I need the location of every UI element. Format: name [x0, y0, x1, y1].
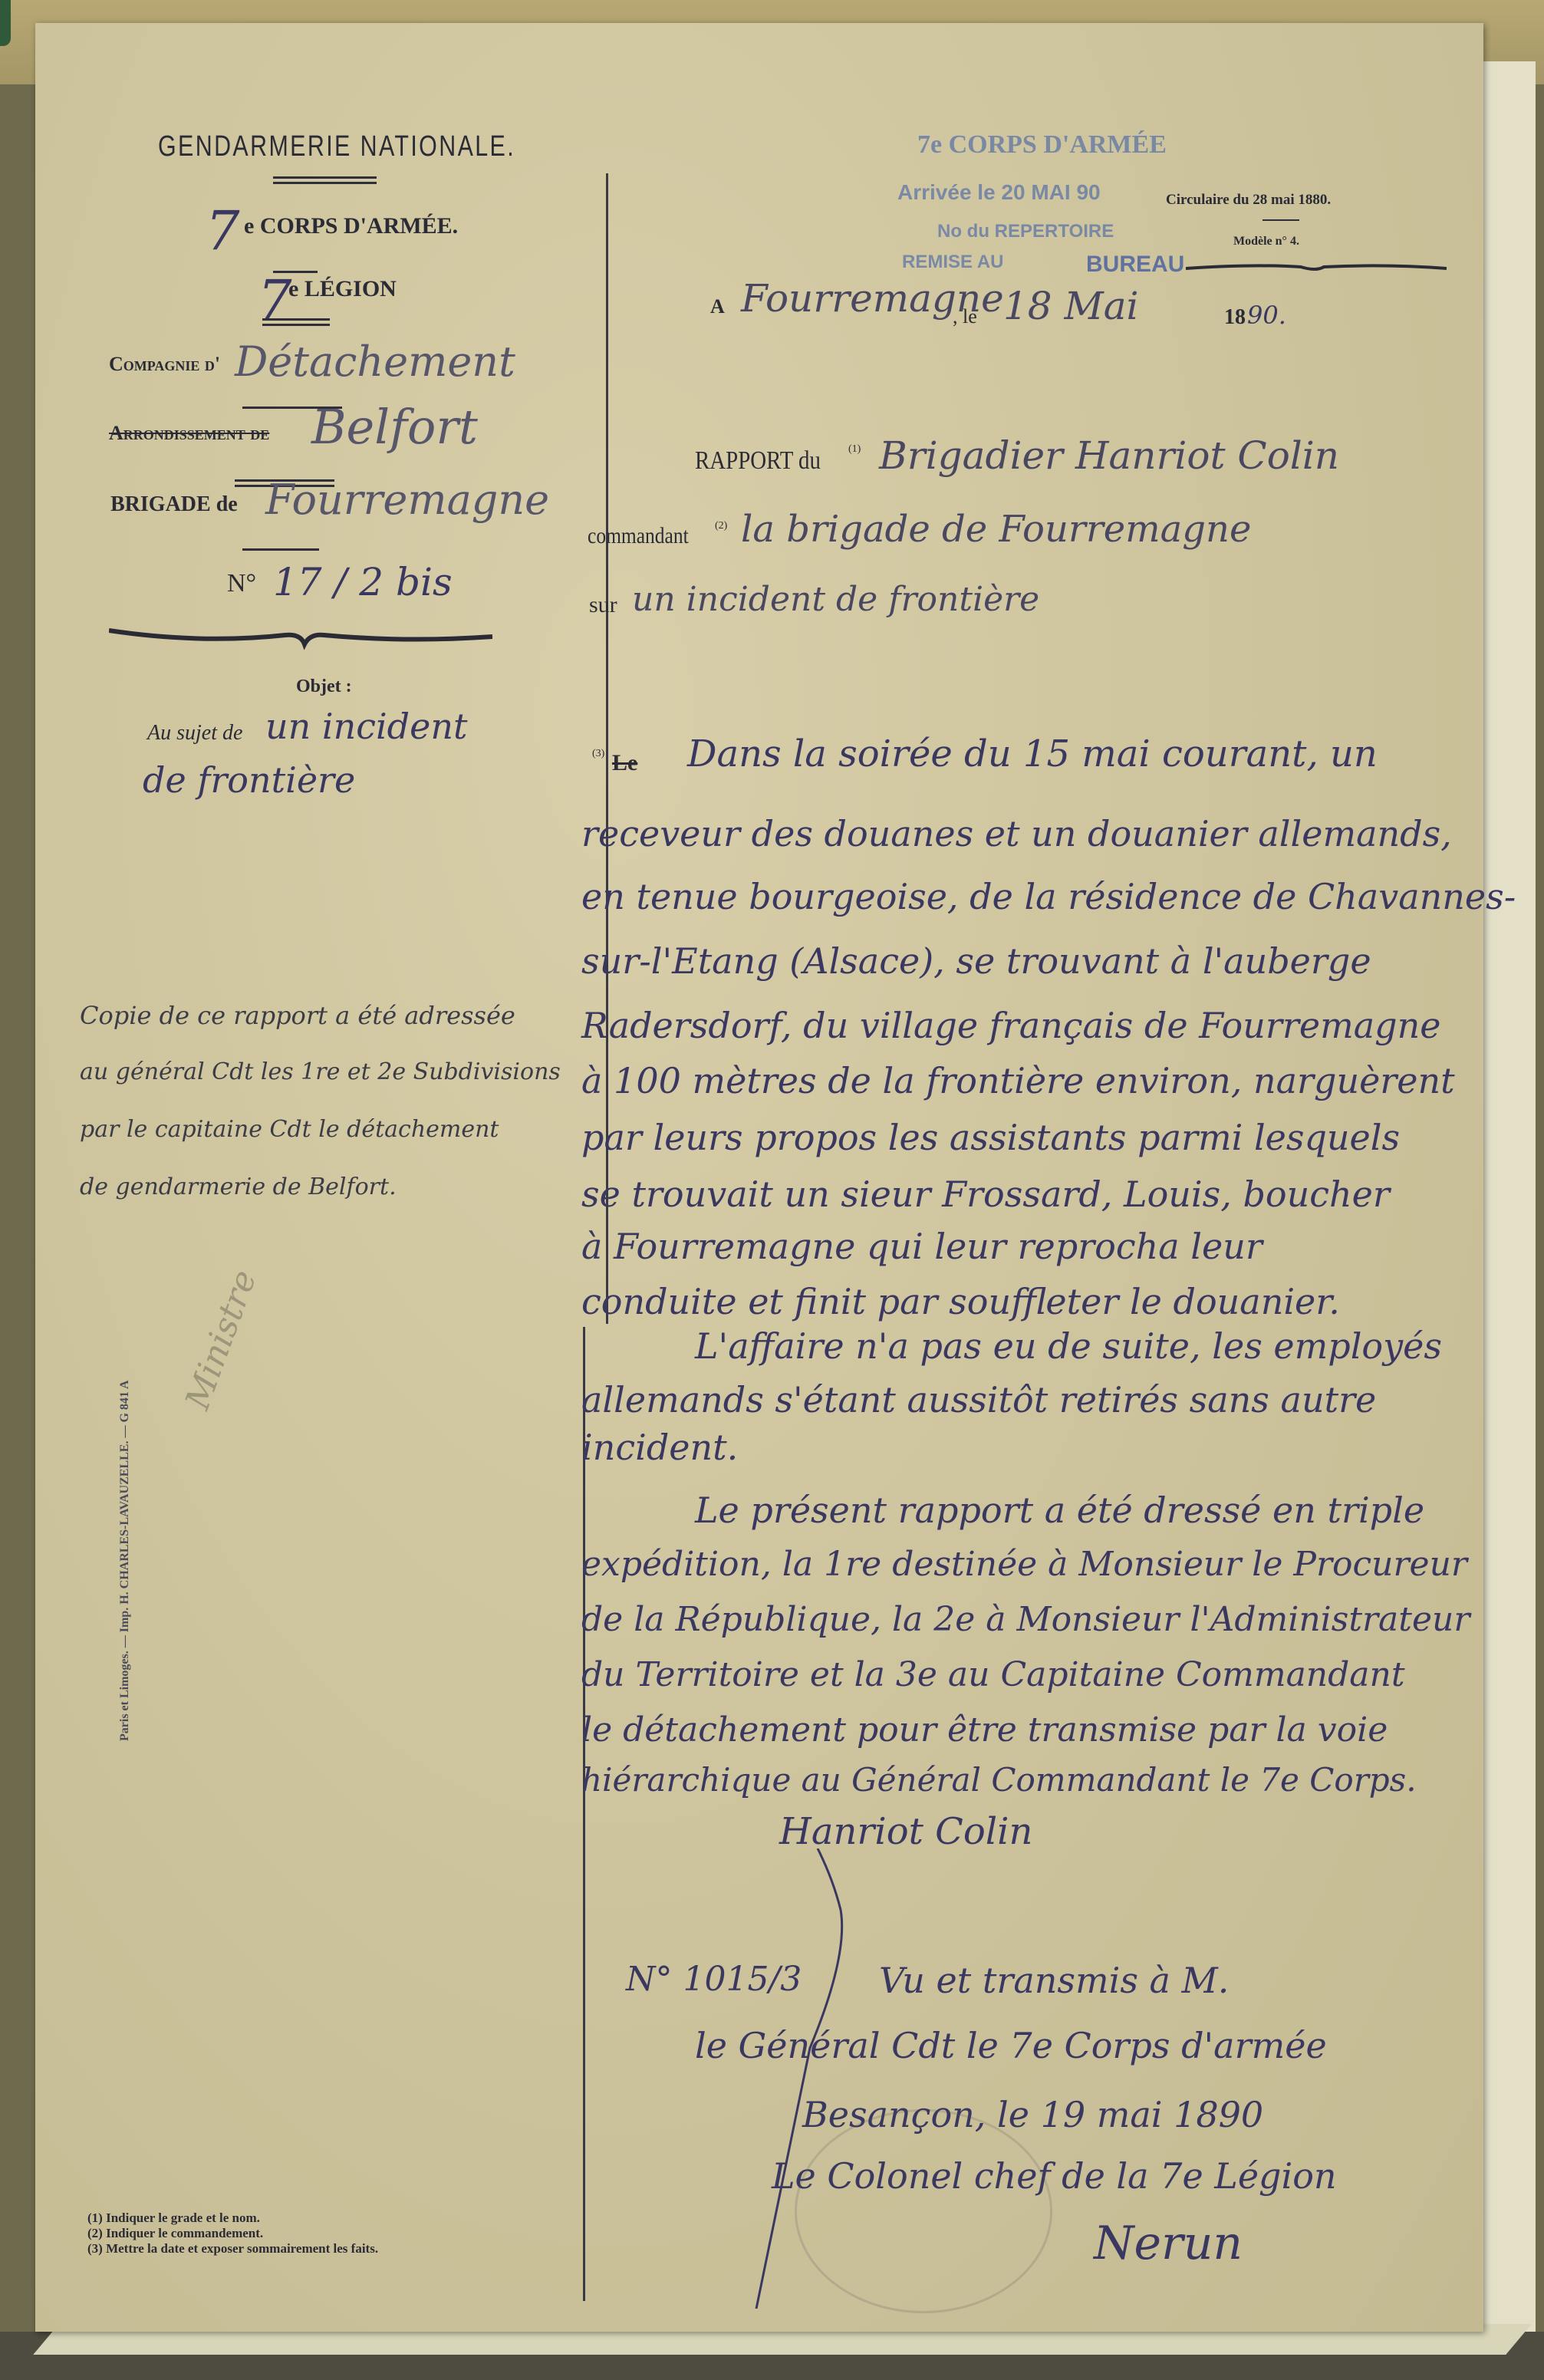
corps-number: 7 [206, 199, 240, 262]
rapport-sup: (1) [848, 443, 861, 456]
place-prefix: A [710, 295, 725, 318]
brigade-label: BRIGADE de [110, 492, 238, 517]
double-rule [262, 324, 330, 326]
sur-label: sur [589, 592, 617, 618]
body-line: receveur des douanes et un douanier alle… [581, 813, 1452, 854]
printer-imprint: Paris et Limoges. — Imp. H. CHARLES-LAVA… [118, 1380, 132, 1741]
body-line: conduite et finit par souffleter le doua… [581, 1281, 1340, 1322]
rule [1263, 219, 1299, 221]
footnote: (3) Mettre la date et exposer sommaireme… [87, 2241, 378, 2257]
commandant-value: la brigade de Fourremagne [741, 508, 1251, 551]
margin-note-line: Copie de ce rapport a été adressée [80, 1001, 515, 1030]
body-line: en tenue bourgeoise, de la résidence de … [581, 876, 1516, 917]
margin-note-line: au général Cdt les 1re et 2e Subdivision… [80, 1058, 561, 1085]
circular-line: Modèle n° 4. [1233, 235, 1299, 249]
body-line: Radersdorf, du village français de Fourr… [581, 1005, 1440, 1046]
document-page: GENDARMERIE NATIONALE. 7 e CORPS D'ARMÉE… [35, 23, 1483, 2332]
body-line: par leurs propos les assistants parmi le… [581, 1117, 1400, 1158]
underlying-sheet [1480, 61, 1536, 2355]
rapport-label: RAPPORT du [695, 446, 821, 476]
body-line: expédition, la 1re destinée à Monsieur l… [581, 1545, 1467, 1584]
faint-annotation: Ministre [178, 1265, 265, 1414]
arrondissement-value: Belfort [311, 399, 478, 455]
stamp-line: 7e CORPS D'ARMÉE [917, 130, 1167, 160]
endorsement-signature: Nerun [1094, 2217, 1243, 2270]
year-hand: 90. [1247, 301, 1286, 330]
number-value: 17 / 2 bis [273, 560, 453, 604]
ornamental-rule [1186, 261, 1447, 276]
body-line: sur-l'Etang (Alsace), se trouvant à l'au… [581, 940, 1371, 982]
faint-seal [795, 2109, 1052, 2313]
legion-number: 7 [258, 268, 292, 331]
body-line: incident. [581, 1427, 738, 1468]
stamp-line: BUREAU [1086, 252, 1184, 278]
date-le: , le [953, 305, 977, 328]
double-rule [273, 182, 377, 184]
date-value: 18 Mai [1003, 284, 1139, 328]
objet-value-line2: de frontière [143, 759, 355, 801]
struck-word: Le [612, 750, 637, 776]
year-printed: 18 [1224, 305, 1246, 330]
body-line: se trouvait un sieur Frossard, Louis, bo… [581, 1174, 1390, 1215]
footnote: (1) Indiquer le grade et le nom. [87, 2210, 260, 2226]
ornamental-rule [109, 621, 492, 652]
sur-value: un incident de frontière [632, 580, 1039, 619]
compagnie-label: Compagnie d' [109, 353, 220, 376]
body-line: allemands s'étant aussitôt retirés sans … [581, 1379, 1376, 1420]
circular-line: Circulaire du 28 mai 1880. [1166, 192, 1331, 209]
body-line: hiérarchique au Général Commandant le 7e… [581, 1761, 1417, 1799]
double-rule [262, 318, 330, 321]
objet-prefix: Au sujet de [147, 721, 242, 746]
green-binder-edge [0, 0, 11, 46]
number-label: N° [227, 569, 256, 598]
body-line: Le présent rapport a été dressé en tripl… [695, 1490, 1424, 1531]
margin-note-line: de gendarmerie de Belfort. [80, 1174, 397, 1200]
body-line: du Territoire et la 3e au Capitaine Comm… [581, 1655, 1405, 1694]
body-line: le détachement pour être transmise par l… [581, 1710, 1388, 1750]
rule [242, 548, 319, 551]
body-line: à Fourremagne qui leur reprocha leur [581, 1226, 1263, 1267]
stamp-line: REMISE AU [902, 252, 1003, 273]
stamp-line: Arrivée le 20 MAI 90 [897, 180, 1101, 205]
column-divider [583, 1327, 585, 2301]
objet-value-line1: un incident [265, 706, 467, 747]
objet-label: Objet : [296, 676, 352, 697]
body-line: de la République, la 2e à Monsieur l'Adm… [581, 1600, 1470, 1639]
brigade-value: Fourremagne [265, 476, 549, 524]
margin-note-line: par le capitaine Cdt le détachement [80, 1116, 499, 1143]
endorsement-number: N° 1015/3 [626, 1960, 802, 1999]
report-signature: Hanriot Colin [779, 1810, 1032, 1853]
commandant-sup: (2) [715, 520, 727, 532]
body-line: à 100 mètres de la frontière environ, na… [581, 1060, 1455, 1101]
commandant-label: commandant [588, 523, 689, 549]
body-line: L'affaire n'a pas eu de suite, les emplo… [695, 1325, 1442, 1367]
body-line: Dans la soirée du 15 mai courant, un [687, 732, 1378, 775]
double-rule [273, 176, 377, 179]
institution-title: GENDARMERIE NATIONALE. [158, 130, 515, 163]
corps-label: e CORPS D'ARMÉE. [244, 213, 458, 239]
compagnie-value: Détachement [235, 337, 515, 386]
footnote: (2) Indiquer le commandement. [87, 2226, 263, 2241]
endorsement-line: le Général Cdt le 7e Corps d'armée [695, 2025, 1327, 2066]
endorsement-line: Vu et transmis à M. [879, 1960, 1229, 2001]
body-sup: (3) [592, 748, 604, 760]
stamp-line: No du REPERTOIRE [937, 221, 1114, 242]
legion-label: e LÉGION [288, 276, 397, 302]
rapport-value: Brigadier Hanriot Colin [879, 433, 1339, 478]
arrondissement-label: Arrondissement de [109, 422, 269, 445]
